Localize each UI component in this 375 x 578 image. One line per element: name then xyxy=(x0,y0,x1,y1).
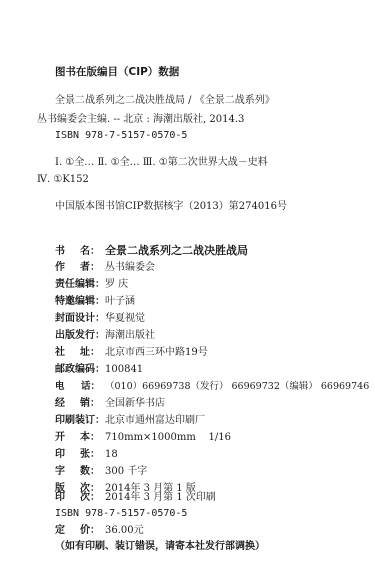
cip-title-line: 全景二战系列之二战决胜战局 / 《全景二战系列》 xyxy=(55,95,275,107)
cip-approval-number: 中国版本图书馆CIP数据核字（2013）第274016号 xyxy=(55,201,287,213)
colophon-row-format: 开本：710mm×1000mm 1/16 xyxy=(55,432,231,444)
impression: 2014年 3 月第 1 次印刷 xyxy=(105,492,216,504)
colophon-row-publisher: 出版发行：海潮出版社 xyxy=(55,330,155,342)
price: 36.00元 xyxy=(105,525,144,537)
field-label: 印张： xyxy=(55,449,105,461)
field-label: 特邀编辑： xyxy=(55,296,105,308)
printed-sheets: 18 xyxy=(105,449,118,461)
field-label: 出版发行： xyxy=(55,330,105,342)
colophon-row-impression: 印次：2014年 3 月第 1 次印刷 xyxy=(55,492,216,504)
field-label: 电话： xyxy=(55,381,105,393)
field-label: 书名： xyxy=(55,246,105,258)
field-label: 作者： xyxy=(55,262,105,274)
cip-isbn: ISBN 978-7-5157-0570-5 xyxy=(55,130,187,142)
colophon-row-word-count: 字数：300 千字 xyxy=(55,466,147,478)
responsible-editor: 罗 庆 xyxy=(105,279,128,291)
guest-editor: 叶子涵 xyxy=(105,296,135,308)
colophon-row-guest-editor: 特邀编辑：叶子涵 xyxy=(55,296,135,308)
address: 北京市西三环中路19号 xyxy=(105,347,208,359)
cip-subjects: Ⅰ. ①全… Ⅱ. ①全… Ⅲ. ①第二次世界大战－史料 xyxy=(55,157,268,169)
author: 丛书编委会 xyxy=(105,262,155,274)
colophon-row-author: 作者：丛书编委会 xyxy=(55,262,155,274)
distributor: 全国新华书店 xyxy=(105,398,165,410)
colophon-row-price: 定价：36.00元 xyxy=(55,525,144,537)
colophon-row-book-title: 书名：全景二战系列之二战决胜战局 xyxy=(55,245,248,258)
field-label: 印次： xyxy=(55,492,105,504)
colophon-row-postcode: 邮政编码：100841 xyxy=(55,364,143,376)
book-title: 全景二战系列之二战决胜战局 xyxy=(105,245,248,257)
colophon-row-phone: 电话：（010）66969738（发行） 66969732（编辑） 669697… xyxy=(55,381,375,393)
error-notice: （如有印刷、装订错误，请寄本社发行部调换） xyxy=(55,541,265,553)
field-label: 邮政编码： xyxy=(55,364,105,376)
cip-classification: Ⅳ. ①K152 xyxy=(37,174,89,186)
cover-designer: 华夏视觉 xyxy=(105,313,145,325)
field-label: 定价： xyxy=(55,525,105,537)
phone-numbers: （010）66969738（发行） 66969732（编辑） 66969746（… xyxy=(105,381,375,393)
postcode: 100841 xyxy=(105,364,143,376)
publisher: 海潮出版社 xyxy=(105,330,155,342)
colophon-row-printer: 印刷装订：北京市通州富达印刷厂 xyxy=(55,415,205,427)
field-label: 经销： xyxy=(55,398,105,410)
field-label: 责任编辑： xyxy=(55,279,105,291)
field-label: 开本： xyxy=(55,432,105,444)
field-label: 社址： xyxy=(55,347,105,359)
field-label: 字数： xyxy=(55,466,105,478)
format: 710mm×1000mm 1/16 xyxy=(105,432,231,444)
cip-editor-line: 丛书编委会主编. -- 北京 : 海潮出版社, 2014.3 xyxy=(37,114,244,126)
colophon-row-cover-design: 封面设计：华夏视觉 xyxy=(55,313,145,325)
isbn-line: ISBN 978-7-5157-0570-5 xyxy=(55,508,187,520)
printer: 北京市通州富达印刷厂 xyxy=(105,415,205,427)
colophon-row-sheets: 印张：18 xyxy=(55,449,118,461)
field-label: 印刷装订： xyxy=(55,415,105,427)
colophon-row-editor: 责任编辑：罗 庆 xyxy=(55,279,128,291)
colophon-row-address: 社址：北京市西三环中路19号 xyxy=(55,347,208,359)
field-label: 封面设计： xyxy=(55,313,105,325)
colophon-row-distributor: 经销：全国新华书店 xyxy=(55,398,165,410)
cip-heading: 图书在版编目（CIP）数据 xyxy=(55,66,179,78)
word-count: 300 千字 xyxy=(105,466,147,478)
